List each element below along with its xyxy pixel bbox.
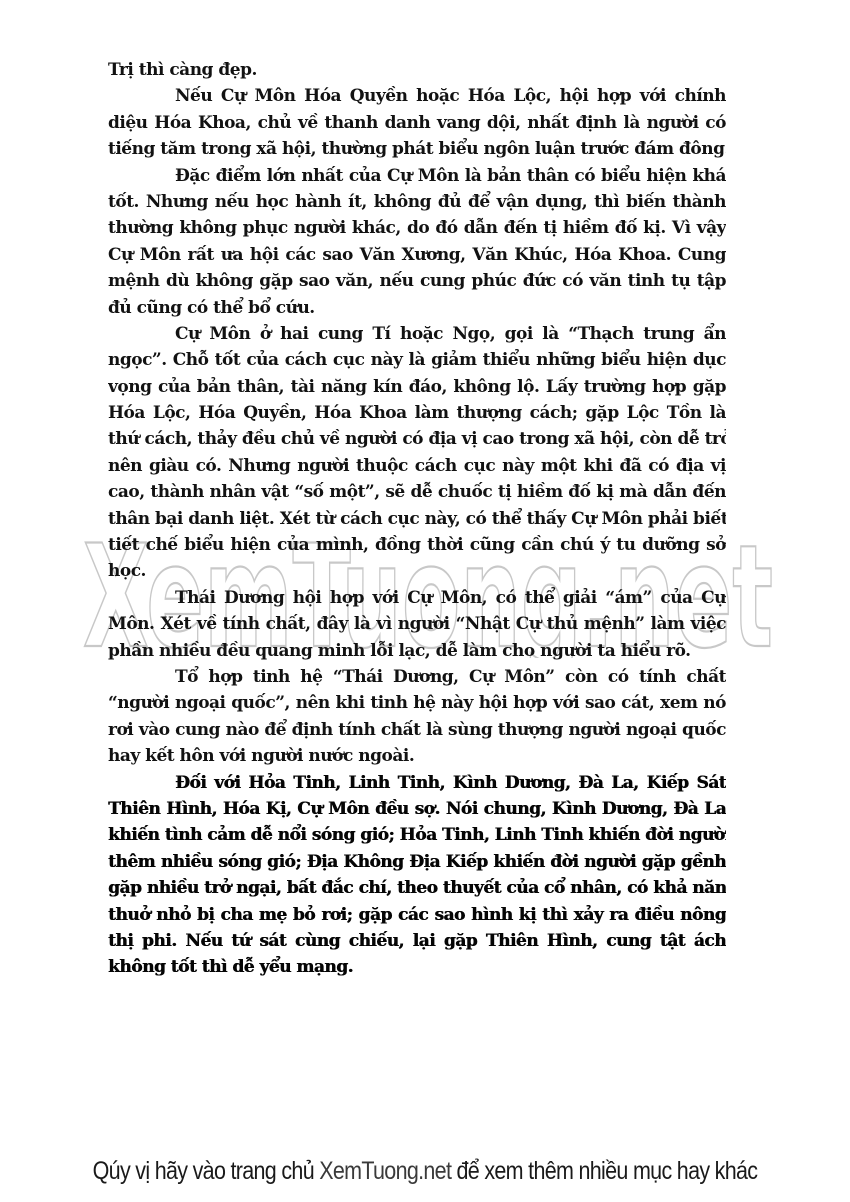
footer-suffix: để xem thêm nhiều mục hay khác	[451, 1157, 757, 1185]
text-line: thứ cách, thảy đều chủ về người có địa v…	[108, 426, 726, 452]
text-line: phần nhiều đều quang minh lỗi lạc, dễ là…	[108, 638, 726, 664]
text-line: đủ cũng có thể bổ cứu.	[108, 295, 726, 321]
text-line: mệnh dù không gặp sao văn, nếu cung phúc…	[108, 268, 726, 294]
text-line: thị phi. Nếu tứ sát cùng chiếu, lại gặp …	[108, 928, 726, 954]
text-line: “người ngoại quốc”, nên khi tinh hệ này …	[108, 690, 726, 716]
text-line: gặp nhiều trở ngại, bất đắc chí, theo th…	[108, 875, 726, 901]
text-line: thường không phục người khác, do đó dẫn …	[108, 215, 726, 241]
text-line: Đối với Hỏa Tinh, Linh Tinh, Kình Dương,…	[108, 770, 726, 796]
text-line: nên giàu có. Nhưng người thuộc cách cục …	[108, 453, 726, 479]
text-line: Môn. Xét về tính chất, đây là vì người “…	[108, 611, 726, 637]
text-line: thuở nhỏ bị cha mẹ bỏ rơi; gặp các sao h…	[108, 902, 726, 928]
text-line: Thái Dương hội hợp với Cự Môn, có thể gi…	[108, 585, 726, 611]
document-body: Trị thì càng đẹp.Nếu Cự Môn Hóa Quyền ho…	[108, 57, 726, 981]
text-line: Cự Môn ở hai cung Tí hoặc Ngọ, gọi là “T…	[108, 321, 726, 347]
text-line: Thiên Hình, Hóa Kị, Cự Môn đều sợ. Nói c…	[108, 796, 726, 822]
text-line: học.	[108, 558, 726, 584]
text-line: hay kết hôn với người nước ngoài.	[108, 743, 726, 769]
text-line: rơi vào cung nào để định tính chất là sù…	[108, 717, 726, 743]
text-line: tiết chế biểu hiện của mình, đồng thời c…	[108, 532, 726, 558]
footer-promo: Qúy vị hãy vào trang chủ XemTuong.net để…	[60, 1157, 791, 1186]
text-line: thân bại danh liệt. Xét từ cách cục này,…	[108, 506, 726, 532]
site-link[interactable]: XemTuong.net	[319, 1157, 451, 1185]
text-line: ngọc”. Chỗ tốt của cách cục này là giảm …	[108, 347, 726, 373]
text-line: khiến tình cảm dễ nổi sóng gió; Hỏa Tinh…	[108, 822, 726, 848]
text-line: vọng của bản thân, tài năng kín đáo, khô…	[108, 374, 726, 400]
text-line: Nếu Cự Môn Hóa Quyền hoặc Hóa Lộc, hội h…	[108, 83, 726, 109]
footer-prefix: Qúy vị hãy vào trang chủ	[93, 1157, 320, 1185]
text-line: diệu Hóa Khoa, chủ về thanh danh vang dộ…	[108, 110, 726, 136]
text-line: tốt. Nhưng nếu học hành ít, không đủ để …	[108, 189, 726, 215]
text-line: Hóa Lộc, Hóa Quyền, Hóa Khoa làm thượng …	[108, 400, 726, 426]
text-line: Đặc điểm lớn nhất của Cự Môn là bản thân…	[108, 163, 726, 189]
text-line: Tổ hợp tinh hệ “Thái Dương, Cự Môn” còn …	[108, 664, 726, 690]
text-line: Cự Môn rất ưa hội các sao Văn Xương, Văn…	[108, 242, 726, 268]
text-line: Trị thì càng đẹp.	[108, 57, 726, 83]
text-line: thêm nhiều sóng gió; Địa Không Địa Kiếp …	[108, 849, 726, 875]
scanned-page: XemTuong.net Trị thì càng đẹp.Nếu Cự Môn…	[0, 0, 850, 1202]
text-line: không tốt thì dễ yểu mạng.	[108, 954, 726, 980]
text-line: tiếng tăm trong xã hội, thường phát biểu…	[108, 136, 726, 162]
text-line: cao, thành nhân vật “số một”, sẽ dễ chuố…	[108, 479, 726, 505]
